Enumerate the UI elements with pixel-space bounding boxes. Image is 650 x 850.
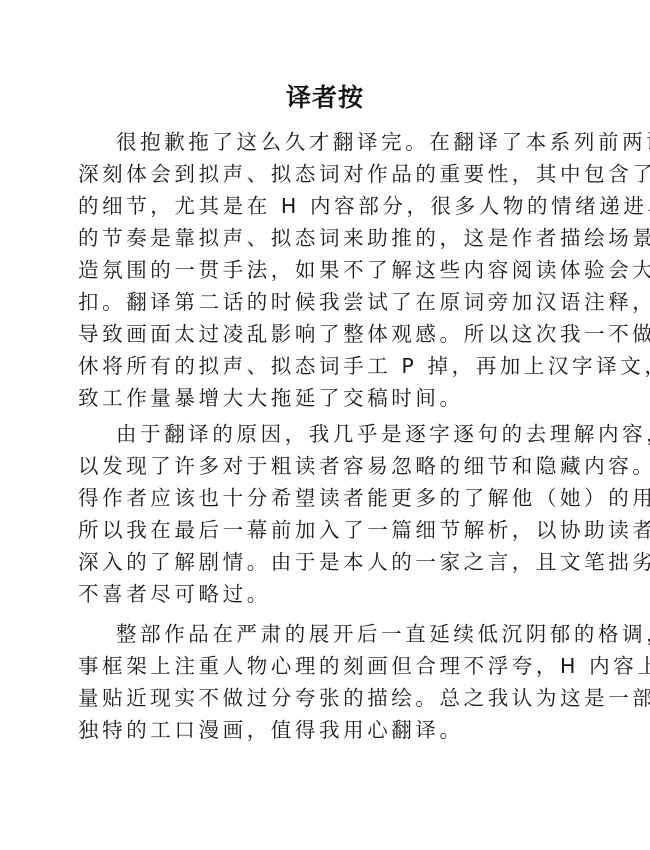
paragraph-2-line-3: 得作者应该也十分希望读者能更多的了解他（她）的用意， bbox=[78, 483, 568, 513]
paragraph-2-line-6: 不喜者尽可略过。 bbox=[78, 579, 568, 609]
paragraph-2-line-4: 所以我在最后一幕前加入了一篇细节解析，以协助读者们更 bbox=[78, 515, 568, 545]
paragraph-1-line-4: 的节奏是靠拟声、拟态词来助推的，这是作者描绘场景、营 bbox=[78, 223, 568, 253]
paragraph-3-line-2: 事框架上注重人物心理的刻画但合理不浮夸，H 内容上也尽 bbox=[78, 651, 568, 681]
paragraph-1-line-2: 深刻体会到拟声、拟态词对作品的重要性，其中包含了大量 bbox=[78, 159, 568, 189]
paragraph-2-line-2: 以发现了许多对于粗读者容易忽略的细节和隐藏内容。我觉 bbox=[78, 451, 568, 481]
paragraph-1-line-1: 很抱歉拖了这么久才翻译完。在翻译了本系列前两话后， bbox=[116, 127, 606, 157]
paragraph-3-line-1: 整部作品在严肃的展开后一直延续低沉阴郁的格调，叙 bbox=[116, 619, 606, 649]
paragraph-3-line-4: 独特的工口漫画，值得我用心翻译。 bbox=[78, 715, 568, 745]
page-title: 译者按 bbox=[0, 80, 650, 116]
paragraph-1-line-5: 造氛围的一贯手法，如果不了解这些内容阅读体验会大打折 bbox=[78, 255, 568, 285]
paragraph-3-line-3: 量贴近现实不做过分夸张的描绘。总之我认为这是一部非常 bbox=[78, 683, 568, 713]
paragraph-1-line-8: 休将所有的拟声、拟态词手工 P 掉，再加上汉字译文，又导 bbox=[78, 351, 568, 381]
paragraph-1-line-7: 导致画面太过凌乱影响了整体观感。所以这次我一不做二不 bbox=[78, 319, 568, 349]
paragraph-1-line-6: 扣。翻译第二话的时候我尝试了在原词旁加汉语注释，结果 bbox=[78, 287, 568, 317]
paragraph-1-line-9: 致工作量暴增大大拖延了交稿时间。 bbox=[78, 383, 568, 413]
paragraph-2-line-1: 由于翻译的原因，我几乎是逐字逐句的去理解内容，所 bbox=[116, 419, 606, 449]
document-page: 译者按 很抱歉拖了这么久才翻译完。在翻译了本系列前两话后， 深刻体会到拟声、拟态… bbox=[0, 0, 650, 850]
paragraph-1-line-3: 的细节，尤其是在 H 内容部分，很多人物的情绪递进、叙事 bbox=[78, 191, 568, 221]
paragraph-2-line-5: 深入的了解剧情。由于是本人的一家之言，且文笔拙劣不堪， bbox=[78, 547, 568, 577]
